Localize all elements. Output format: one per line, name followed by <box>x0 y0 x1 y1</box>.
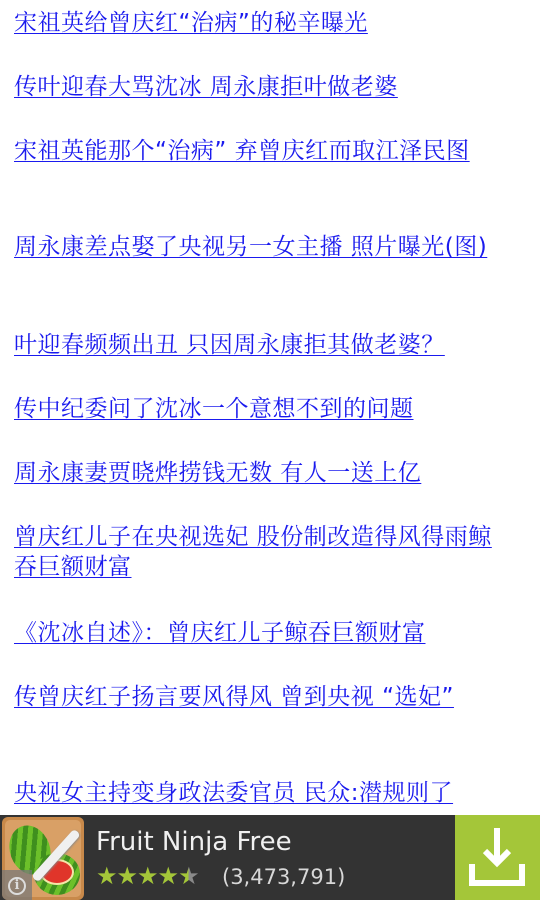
star-icon: ★ <box>96 863 117 889</box>
news-link[interactable]: 央视女主持变身政法委官员 民众:潜规则了 <box>14 778 514 808</box>
download-button[interactable] <box>455 815 540 900</box>
download-icon <box>455 815 540 900</box>
star-icon: ★ <box>137 863 158 889</box>
news-link[interactable]: 传中纪委问了沈冰一个意想不到的问题 <box>14 394 514 424</box>
news-link[interactable]: 周永康差点娶了央视另一女主播 照片曝光(图) <box>14 232 514 262</box>
info-icon: i <box>8 877 26 895</box>
app-icon[interactable]: i <box>2 817 84 900</box>
star-icon: ★ <box>158 863 179 889</box>
ad-app-name: Fruit Ninja Free <box>96 825 292 859</box>
half-star-icon: ★ <box>178 863 199 889</box>
rating-stars: ★ ★ ★ ★ ★ <box>96 863 199 889</box>
news-link[interactable]: 曾庆红儿子在央视选妃 股份制改造得风得雨鲸吞巨额财富 <box>14 522 514 582</box>
star-icon: ★ <box>117 863 138 889</box>
review-count: (3,473,791) <box>222 863 345 891</box>
news-link[interactable]: 叶迎春频频出丑 只因周永康拒其做老婆？ <box>14 330 514 360</box>
news-link[interactable]: 传曾庆红子扬言要风得风 曾到央视 “选妃” <box>14 682 514 712</box>
news-link[interactable]: 周永康妻贾晓烨捞钱无数 有人一送上亿 <box>14 458 514 488</box>
news-link[interactable]: 宋祖英给曾庆红“治病”的秘辛曝光 <box>14 8 514 38</box>
news-link[interactable]: 传叶迎春大骂沈冰 周永康拒叶做老婆 <box>14 72 514 102</box>
ad-info-button[interactable]: i <box>2 870 32 900</box>
ad-banner[interactable]: i Fruit Ninja Free ★ ★ ★ ★ ★ (3,473,791) <box>0 815 540 900</box>
news-link[interactable]: 《沈冰自述》：曾庆红儿子鲸吞巨额财富 <box>14 618 514 648</box>
news-link[interactable]: 宋祖英能那个“治病” 弃曾庆红而取江泽民图 <box>14 136 514 166</box>
